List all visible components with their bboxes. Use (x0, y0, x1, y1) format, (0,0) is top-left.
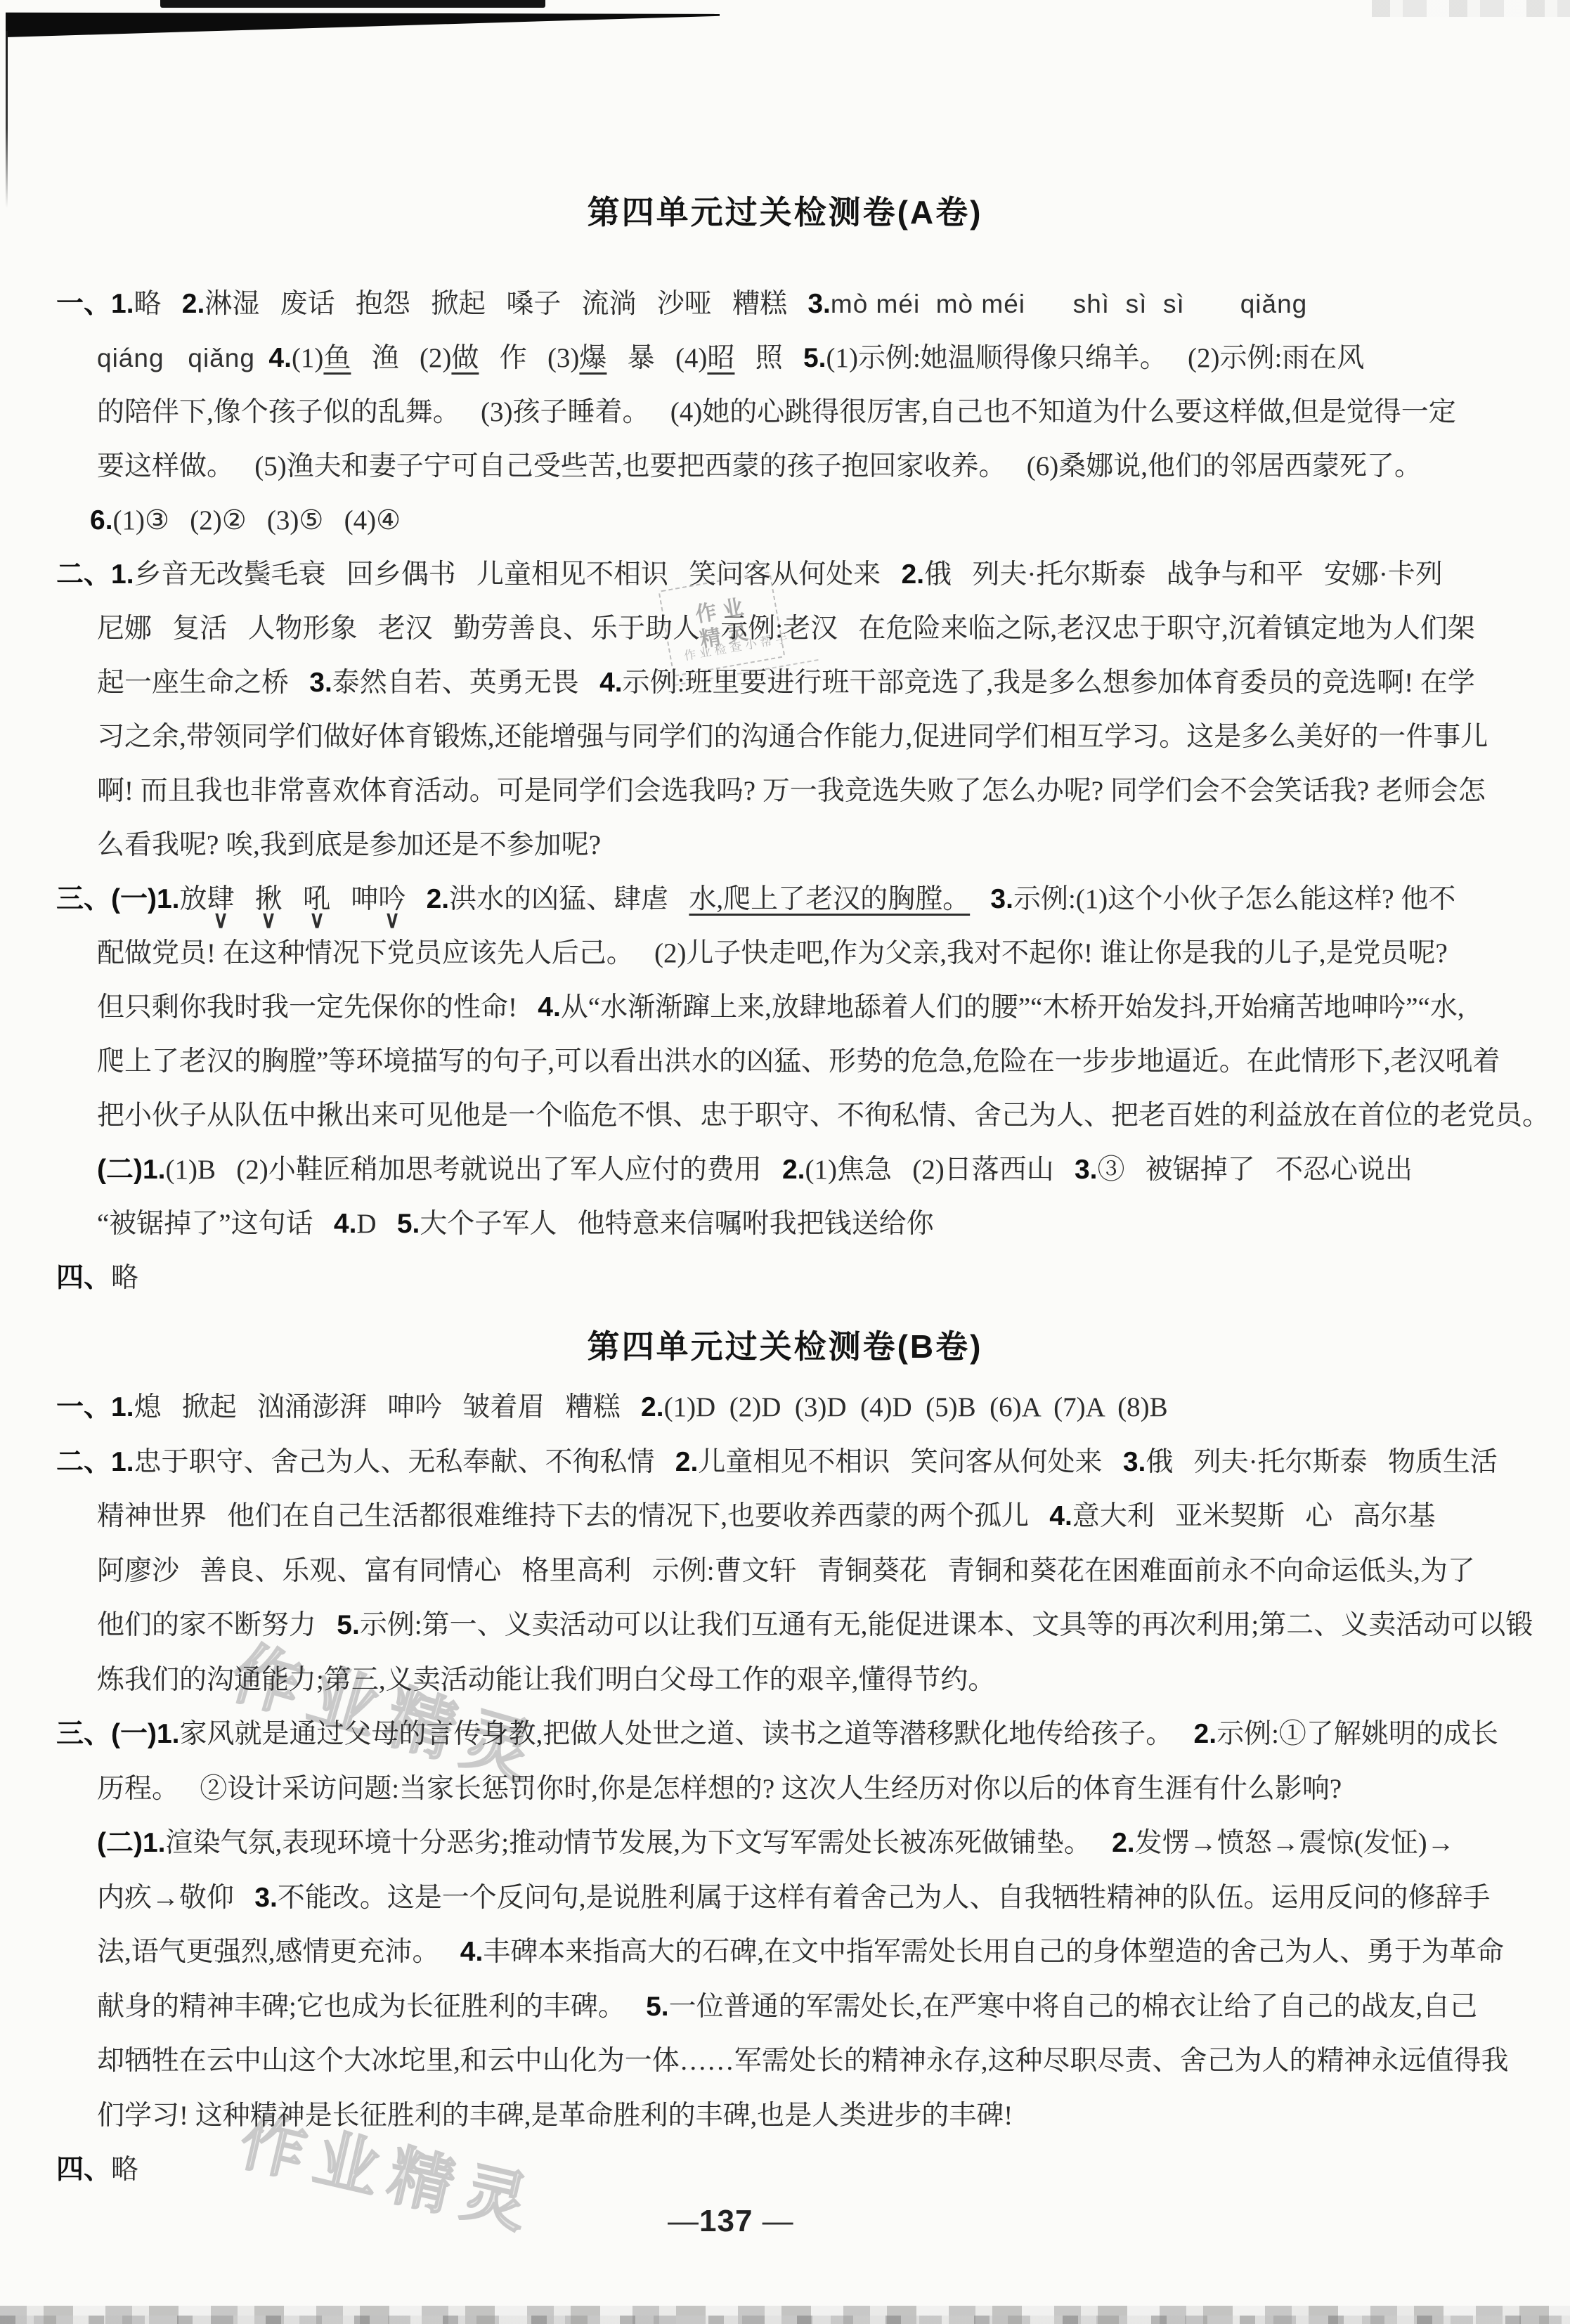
scan-artifact-top-right (1372, 0, 1570, 17)
answer-text: 示例:第一、义卖活动可以让我们互通有无,能促进课本、文具等的再次利用;第二、义卖… (360, 1610, 1533, 1640)
check-mark: ∨ (261, 909, 276, 933)
answer-text: 一位普通的军需处长,在严寒中将自己的棉衣让给了自己的战友,自己 (669, 1992, 1478, 2022)
answer-text: 不能改。这是一个反问句,是说胜利属于这样有着舍己为人、自我牺牲精神的队伍。运用反… (278, 1883, 1491, 1913)
answer-text: 俄 列夫·托尔斯泰 物质生活 (1146, 1447, 1498, 1477)
answer-text: (1)D (2)D (3)D (4)D (5)B (6)A (7)A (8)B (664, 1392, 1168, 1422)
answer-line: 法,语气更强烈,感情更充沛。 4.丰碑本来指高大的石碑,在文中指军需处长用自己的… (97, 1935, 1504, 1974)
answer-line: 三、(一)1.家风就是通过父母的言传身教,把做人处世之道、读书之道等潜移默化地传… (56, 1717, 1498, 1756)
answer-line: 把小伙子从队伍中揪出来可见他是一个临危不惧、忠于职守、不徇私情、舍己为人、把老百… (97, 1098, 1550, 1138)
answer-line: 二、1.乡音无改鬓毛衰 回乡偶书 儿童相见不相识 笑问客从何处来 2.俄 列夫·… (56, 557, 1443, 597)
answer-text: 泰然自若、英勇无畏 (332, 668, 599, 698)
answer-text: 作 (3) (479, 343, 579, 373)
answer-line: 要这样做。 (5)渔夫和妻子宁可自己受些苦,也要把西蒙的孩子抱回家收养。 (6)… (97, 449, 1422, 488)
scan-artifact-left-line (6, 31, 8, 208)
answer-number-label: 6. (90, 505, 113, 535)
page-number-value: 137 (699, 2204, 753, 2238)
answer-line: 尼娜 复活 人物形象 老汉 勤劳善良、乐于助人 示例:老汉 在危险来临之际,老汉… (97, 611, 1475, 651)
answer-text: 熄 掀起 汹涌澎湃 呻吟 皱着眉 糟糕 (134, 1392, 642, 1422)
answer-text: (1)焦急 (2)日落西山 (805, 1155, 1075, 1185)
answer-number-label: 二、1. (56, 559, 134, 590)
answer-line: 配做党员! 在这种情况下党员应该先人后己。 (2)儿子快走吧,作为父亲,我对不起… (97, 936, 1448, 975)
answer-text: 鱼 (323, 343, 351, 373)
answer-text: (1)示例:她温顺得像只绵羊。 (2)示例:雨在风 (826, 343, 1364, 373)
answer-text: 略 (134, 289, 182, 319)
answer-text: 但只剩你我时我一定先保你的性命! (97, 992, 538, 1023)
answer-text: 精神世界 他们在自己生活都很难维持下去的情况下,也要收养西蒙的两个孤儿 (97, 1501, 1049, 1531)
answer-number-label: 3. (254, 1883, 278, 1913)
answer-line: 献身的精神丰碑;它也成为长征胜利的丰碑。 5.一位普通的军需处长,在严寒中将自己… (97, 1989, 1477, 2029)
answer-number-label: 5. (337, 1610, 360, 1640)
answer-text: 昭 (707, 343, 734, 373)
answer-text: 把小伙子从队伍中揪出来可见他是一个临危不惧、忠于职守、不徇私情、舍己为人、把老百… (97, 1101, 1550, 1131)
answer-text: 家风就是通过父母的言传身教,把做人处世之道、读书之道等潜移默化地传给孩子。 (180, 1719, 1194, 1749)
answer-text: 的陪伴下,像个孩子似的乱舞。 (3)孩子睡着。 (4)她的心跳得很厉害,自己也不… (97, 397, 1456, 427)
answer-line: 他们的家不断努力 5.示例:第一、义卖活动可以让我们互通有无,能促进课本、文具等… (97, 1608, 1533, 1647)
answer-text: 他们的家不断努力 (97, 1610, 337, 1640)
answer-number-label: (二)1. (97, 1828, 166, 1858)
scan-artifact-top-strip (160, 0, 545, 8)
answer-text: 却牺牲在云中山这个大冰坨里,和云中山化为一体……军需处长的精神永存,这种尽职尽责… (97, 2046, 1509, 2076)
answer-text: 从“水渐渐蹿上来,放肆地舔着人们的腰”“木桥开始发抖,开始痛苦地呻吟”“水, (561, 992, 1465, 1023)
answer-text: 乡音无改鬓毛衰 回乡偶书 儿童相见不相识 笑问客从何处来 (134, 559, 902, 590)
answer-line: qiáng qiǎng 4.(1)鱼 渔 (2)做 作 (3)爆 暴 (4)昭 … (97, 341, 1364, 380)
answer-line: 6.(1)③ (2)② (3)⑤ (4)④ (90, 503, 401, 543)
answer-text: 儿童相见不相识 笑问客从何处来 (698, 1447, 1123, 1477)
section-b-title: 第四单元过关检测卷(B卷) (0, 1321, 1570, 1368)
answer-number-label: 4. (599, 668, 623, 698)
answer-text: 发愣→愤怒→震惊(发怔)→ (1135, 1828, 1455, 1858)
pinyin-text: mò méi mò méi shì sì sì qiǎng (831, 290, 1307, 318)
answer-text: 历程。 ②设计采访问题:当家长惩罚你时,你是怎样想的? 这次人生经历对你以后的体… (97, 1774, 1342, 1804)
answer-line: 阿廖沙 善良、乐观、富有同情心 格里高利 示例:曹文轩 青铜葵花 青铜和葵花在困… (97, 1554, 1475, 1593)
answer-line: 么看我呢? 唉,我到底是参加还是不参加呢? (97, 828, 601, 867)
answer-text: 揪∨ (255, 882, 283, 917)
answer-text: 俄 列夫·托尔斯泰 战争与和平 安娜·卡列 (924, 559, 1443, 590)
scan-artifact-corner-wedge (6, 12, 720, 37)
answer-number-label: 3. (1075, 1155, 1098, 1185)
answer-text: 大个子军人 他特意来信嘱咐我把钱送给你 (420, 1209, 933, 1239)
answer-number-label: 2. (1194, 1719, 1217, 1749)
answer-line: 的陪伴下,像个孩子似的乱舞。 (3)孩子睡着。 (4)她的心跳得很厉害,自己也不… (97, 395, 1456, 434)
answer-text: D (356, 1209, 396, 1239)
answer-number-label: 2. (641, 1392, 664, 1422)
answer-text (970, 884, 990, 914)
answer-line: 却牺牲在云中山这个大冰坨里,和云中山化为一体……军需处长的精神永存,这种尽职尽责… (97, 2044, 1509, 2083)
answer-text: 丰碑本来指高大的石碑,在文中指军需处长用自己的身体塑造的舍己为人、勇于为革命 (483, 1937, 1504, 1967)
answer-line: 习之余,带领同学们做好体育锻炼,还能增强与同学们的沟通合作能力,促进同学们相互学… (97, 720, 1488, 759)
answer-text: 习之余,带领同学们做好体育锻炼,还能增强与同学们的沟通合作能力,促进同学们相互学… (97, 722, 1488, 752)
answer-text: 么看我呢? 唉,我到底是参加还是不参加呢? (97, 830, 601, 860)
answer-text: 内疚→敬仰 (97, 1883, 254, 1913)
answer-text: 略 (111, 1263, 138, 1293)
answer-number-label: 3. (807, 289, 831, 319)
answer-text: 水,爬上了老汉的胸膛。 (689, 884, 970, 914)
answer-line: 精神世界 他们在自己生活都很难维持下去的情况下,也要收养西蒙的两个孤儿 4.意大… (97, 1499, 1436, 1538)
answer-number-label: 4. (538, 992, 561, 1023)
answer-text: 示例:班里要进行班干部竞选了,我是多么想参加体育委员的竞选啊! 在学 (623, 668, 1475, 698)
answer-text: 暴 (4) (606, 343, 707, 373)
answer-number-label: 2. (902, 559, 925, 590)
answer-line: 起一座生命之桥 3.泰然自若、英勇无畏 4.示例:班里要进行班干部竞选了,我是多… (97, 666, 1475, 705)
answer-line: 历程。 ②设计采访问题:当家长惩罚你时,你是怎样想的? 这次人生经历对你以后的体… (97, 1772, 1342, 1811)
answer-text: 们学习! 这种精神是长征胜利的丰碑,是革命胜利的丰碑,也是人类进步的丰碑! (97, 2101, 1013, 2131)
answer-text: (1) (292, 343, 323, 373)
answer-text: 配做党员! 在这种情况下党员应该先人后己。 (2)儿子快走吧,作为父亲,我对不起… (97, 938, 1448, 968)
answer-number-label: 二、1. (56, 1447, 134, 1477)
answer-text: 洪水的凶猛、肆虐 (449, 884, 689, 914)
answer-text: 爬上了老汉的胸膛”等环境描写的句子,可以看出洪水的凶猛、形势的危急,危险在一步步… (97, 1046, 1500, 1077)
answer-number-label: 三、(一)1. (56, 1719, 180, 1749)
answer-line: 但只剩你我时我一定先保你的性命! 4.从“水渐渐蹿上来,放肆地舔着人们的腰”“木… (97, 990, 1465, 1030)
answer-line: 啊! 而且我也非常喜欢体育活动。可是同学们会选我吗? 万一我竞选失败了怎么办呢?… (97, 774, 1486, 813)
answer-line: 三、(一)1.放肆∨ 揪∨ 吼∨ 呻吟∨ 2.洪水的凶猛、肆虐 水,爬上了老汉的… (56, 882, 1455, 921)
answer-text: 肆∨ (207, 882, 235, 917)
answer-number-label: 5. (397, 1209, 420, 1239)
answer-text: 略 (111, 2155, 138, 2185)
answer-number-label: 4. (460, 1937, 484, 1967)
answer-line: 们学习! 这种精神是长征胜利的丰碑,是革命胜利的丰碑,也是人类进步的丰碑! (97, 2098, 1013, 2138)
scan-artifact-bottom-band-dark (0, 2316, 1570, 2324)
answer-text: 渲染气氛,表现环境十分恶劣;推动情节发展,为下文写军需处长被冻死做铺垫。 (166, 1828, 1112, 1858)
pinyin-text: qiáng qiǎng (97, 344, 255, 372)
answer-number-label: 四、 (56, 1263, 111, 1293)
answer-text: 示例:①了解姚明的成长 (1217, 1719, 1498, 1749)
section-a-title: 第四单元过关检测卷(A卷) (0, 187, 1570, 233)
page-number-dash-right: — (753, 2204, 793, 2238)
answer-text: 意大利 亚米契斯 心 高尔基 (1072, 1501, 1436, 1531)
answer-text: ③ 被锯掉了 不忍心说出 (1098, 1155, 1413, 1185)
answer-line: (二)1.渲染气氛,表现环境十分恶劣;推动情节发展,为下文写军需处长被冻死做铺垫… (97, 1826, 1455, 1865)
answer-text: 起一座生命之桥 (97, 668, 309, 698)
answer-text: 法,语气更强烈,感情更充沛。 (97, 1937, 460, 1967)
answer-line: 一、1.熄 掀起 汹涌澎湃 呻吟 皱着眉 糟糕 2.(1)D (2)D (3)D… (56, 1390, 1168, 1429)
answer-number-label: 3. (1123, 1447, 1146, 1477)
answer-text: 示例:(1)这个小伙子怎么能这样? 他不 (1013, 884, 1455, 914)
answer-text: 啊! 而且我也非常喜欢体育活动。可是同学们会选我吗? 万一我竞选失败了怎么办呢?… (97, 776, 1486, 806)
answer-text: 渔 (2) (351, 343, 451, 373)
answer-text: 忠于职守、舍己为人、无私奉献、不徇私情 (134, 1447, 675, 1477)
answer-number-label: 一、1. (56, 289, 134, 319)
answer-text: 做 (451, 343, 479, 373)
answer-line: 一、1.略 2.淋湿 废话 抱怨 掀起 嗓子 流淌 沙哑 糟糕 3.mò méi… (56, 287, 1307, 326)
answer-text: 吟∨ (378, 882, 406, 917)
answer-number-label: 5. (803, 343, 826, 373)
answer-text (406, 884, 426, 914)
answer-text: 要这样做。 (5)渔夫和妻子宁可自己受些苦,也要把西蒙的孩子抱回家收养。 (6)… (97, 451, 1422, 481)
answer-number-label: 2. (782, 1155, 805, 1185)
page-number-dash-left: — (668, 2204, 699, 2238)
answer-text: 炼我们的沟通能力;第三,义卖活动能让我们明白父母工作的艰辛,懂得节约。 (97, 1665, 995, 1695)
answer-line: “被锯掉了”这句话 4.D 5.大个子军人 他特意来信嘱咐我把钱送给你 (97, 1207, 934, 1246)
check-mark: ∨ (309, 909, 325, 933)
answer-text: 照 (734, 343, 803, 373)
scanned-answer-page: 作业 精灵 作业检查小帮手 作业精灵 作业精灵 第四单元过关检测卷(A卷) 第四… (0, 0, 1570, 2324)
answer-line: 炼我们的沟通能力;第三,义卖活动能让我们明白父母工作的艰辛,懂得节约。 (97, 1663, 995, 1702)
answer-line: 内疚→敬仰 3.不能改。这是一个反问句,是说胜利属于这样有着舍己为人、自我牺牲精… (97, 1881, 1491, 1920)
answer-number-label: 一、1. (56, 1392, 134, 1422)
answer-text: 淋湿 废话 抱怨 掀起 嗓子 流淌 沙哑 糟糕 (205, 289, 807, 319)
answer-text: 放 (180, 884, 207, 914)
answer-number-label: 3. (309, 668, 332, 698)
answer-text: 尼娜 复活 人物形象 老汉 勤劳善良、乐于助人 示例:老汉 在危险来临之际,老汉… (97, 614, 1475, 644)
answer-number-label: 三、(一)1. (56, 884, 180, 914)
answer-number-label: 5. (646, 1992, 669, 2022)
answer-text: 爆 (579, 343, 606, 373)
answer-text: 吼∨ (303, 882, 330, 917)
answer-number-label: 4. (1049, 1501, 1072, 1531)
answer-text: “被锯掉了”这句话 (97, 1209, 334, 1239)
answer-number-label: 2. (427, 884, 450, 914)
answer-number-label: 3. (990, 884, 1013, 914)
answer-text (235, 884, 255, 914)
answer-line: 二、1.忠于职守、舍己为人、无私奉献、不徇私情 2.儿童相见不相识 笑问客从何处… (56, 1445, 1498, 1484)
answer-number-label: 四、 (56, 2155, 111, 2185)
answer-number-label: 4. (334, 1209, 357, 1239)
answer-number-label: (二)1. (97, 1155, 166, 1185)
answer-text: (1)③ (2)② (3)⑤ (4)④ (113, 505, 401, 535)
answer-number-label: 4. (268, 343, 292, 373)
answer-text: (1)B (2)小鞋匠稍加思考就说出了军人应付的费用 (166, 1155, 782, 1185)
answer-text: 呻 (330, 884, 378, 914)
check-mark: ∨ (213, 909, 228, 933)
page-number: —137 — (668, 2204, 794, 2239)
answer-text (283, 884, 303, 914)
answer-number-label: 2. (1112, 1828, 1135, 1858)
answer-text (255, 343, 269, 373)
answer-line: 四、略 (56, 2153, 138, 2192)
answer-line: 爬上了老汉的胸膛”等环境描写的句子,可以看出洪水的凶猛、形势的危急,危险在一步步… (97, 1044, 1500, 1084)
answer-number-label: 2. (675, 1447, 699, 1477)
answer-line: (二)1.(1)B (2)小鞋匠稍加思考就说出了军人应付的费用 2.(1)焦急 … (97, 1153, 1413, 1192)
answer-text: 阿廖沙 善良、乐观、富有同情心 格里高利 示例:曹文轩 青铜葵花 青铜和葵花在困… (97, 1556, 1475, 1586)
answer-number-label: 2. (182, 289, 205, 319)
answer-line: 四、略 (56, 1261, 138, 1300)
answer-text: 献身的精神丰碑;它也成为长征胜利的丰碑。 (97, 1992, 646, 2022)
check-mark: ∨ (384, 909, 400, 933)
